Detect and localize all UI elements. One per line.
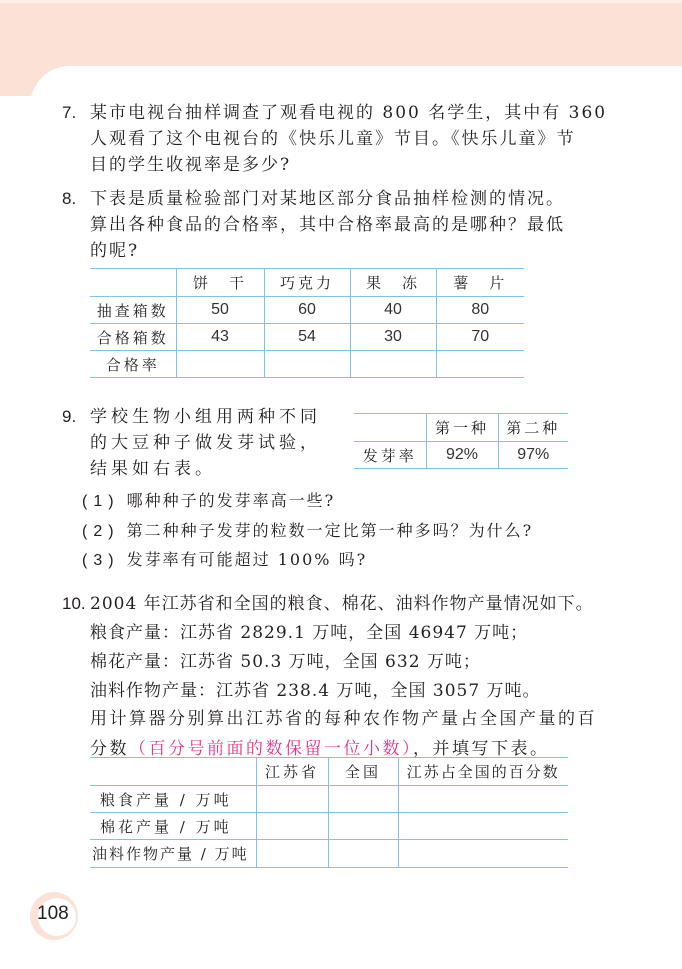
- subquestion-marker: (2): [82, 523, 120, 540]
- table-cell: 30: [350, 324, 436, 351]
- row-label: 合格率: [90, 351, 176, 378]
- food-inspection-table: 饼 干 巧克力 果 冻 薯 片 抽查箱数 50 60 40 80 合格箱数 43…: [90, 268, 524, 378]
- row-label: 油料作物产量 / 万吨: [90, 840, 256, 868]
- answer-cell[interactable]: [398, 813, 568, 840]
- subquestion-text: 发芽率有可能超过 100% 吗?: [127, 550, 368, 569]
- question-number: 8.: [62, 186, 76, 212]
- row-label: 粮食产量 / 万吨: [90, 786, 256, 813]
- germination-table: 第一种 第二种 发芽率 92% 97%: [354, 413, 568, 469]
- data-line: 油料作物产量：江苏省 238.4 万吨，全国 3057 万吨。: [90, 678, 594, 704]
- instruction-suffix: ，并填写下表。: [413, 739, 550, 759]
- answer-cell[interactable]: [256, 840, 328, 868]
- question-number: 7.: [62, 100, 76, 126]
- table-header-cell: 全国: [328, 758, 398, 786]
- table-header-row: 第一种 第二种: [354, 414, 568, 442]
- table-cell: 60: [264, 297, 350, 324]
- question-text-line: 某市电视台抽样调查了观看电视的 800 名学生，其中有 360: [90, 100, 607, 126]
- instruction-prefix: 分数: [90, 739, 129, 759]
- question-text-line: 目的学生收视率是多少?: [90, 152, 607, 178]
- table-cell: 70: [436, 324, 524, 351]
- answer-cell[interactable]: [256, 786, 328, 813]
- table-header-cell: 第一种: [426, 414, 498, 442]
- answer-cell[interactable]: [398, 786, 568, 813]
- table-header-cell: 江苏占全国的百分数: [398, 758, 568, 786]
- table-header-cell: [90, 758, 256, 786]
- question-10-instruction: 用计算器分别算出江苏省的每种农作物产量占全国产量的百 分数（百分号前面的数保留一…: [90, 706, 597, 762]
- table-header-cell: 薯 片: [436, 269, 524, 297]
- question-text-line: 结果如右表。: [90, 456, 321, 482]
- header-strip: [0, 0, 682, 3]
- table-cell: 80: [436, 297, 524, 324]
- subquestion-marker: (3): [82, 552, 120, 569]
- instruction-line: 用计算器分别算出江苏省的每种农作物产量占全国产量的百: [90, 706, 597, 732]
- table-row: 合格箱数 43 54 30 70: [90, 324, 524, 351]
- subquestion-3: (3) 发芽率有可能超过 100% 吗?: [82, 547, 367, 574]
- answer-cell[interactable]: [176, 351, 264, 378]
- table-cell: 40: [350, 297, 436, 324]
- subquestion-text: 哪种种子的发芽率高一些?: [127, 491, 336, 510]
- answer-cell[interactable]: [436, 351, 524, 378]
- question-intro: 2004 年江苏省和全国的粮食、棉花、油料作物产量情况如下。: [90, 591, 594, 617]
- answer-cell[interactable]: [328, 840, 398, 868]
- table-cell: 97%: [498, 442, 568, 469]
- subquestion-1: (1) 哪种种子的发芽率高一些?: [82, 488, 335, 515]
- question-text-line: 的呢?: [90, 238, 565, 264]
- table-header-cell: 巧克力: [264, 269, 350, 297]
- table-row: 粮食产量 / 万吨: [90, 786, 568, 813]
- answer-cell[interactable]: [256, 813, 328, 840]
- answer-cell[interactable]: [398, 840, 568, 868]
- answer-cell[interactable]: [350, 351, 436, 378]
- question-number: 9.: [62, 404, 76, 430]
- table-cell: 43: [176, 324, 264, 351]
- table-row: 发芽率 92% 97%: [354, 442, 568, 469]
- question-10: 10. 2004 年江苏省和全国的粮食、棉花、油料作物产量情况如下。 粮食产量：…: [62, 591, 594, 704]
- question-text-line: 算出各种食品的合格率，其中合格率最高的是哪种？最低: [90, 212, 565, 238]
- row-label: 合格箱数: [90, 324, 176, 351]
- header-band: [0, 0, 682, 96]
- subquestion-marker: (1): [82, 493, 120, 510]
- table-cell: 50: [176, 297, 264, 324]
- table-header-row: 饼 干 巧克力 果 冻 薯 片: [90, 269, 524, 297]
- question-text-line: 学校生物小组用两种不同: [90, 404, 321, 430]
- subquestion-text: 第二种种子发芽的粒数一定比第一种多吗？为什么?: [127, 521, 534, 540]
- table-row: 油料作物产量 / 万吨: [90, 840, 568, 868]
- answer-cell[interactable]: [328, 813, 398, 840]
- answer-cell[interactable]: [328, 786, 398, 813]
- table-cell: 92%: [426, 442, 498, 469]
- instruction-highlight: （百分号前面的数保留一位小数）: [129, 739, 413, 759]
- table-header-cell: 饼 干: [176, 269, 264, 297]
- question-text-line: 人观看了这个电视台的《快乐儿童》节目。《快乐儿童》节: [90, 126, 607, 152]
- crop-production-table: 江苏省 全国 江苏占全国的百分数 粮食产量 / 万吨 棉花产量 / 万吨 油料作…: [90, 757, 568, 868]
- question-number: 10.: [62, 591, 86, 617]
- table-header-cell: [90, 269, 176, 297]
- question-9: 9. 学校生物小组用两种不同 的大豆种子做发芽试验， 结果如右表。: [62, 404, 321, 482]
- table-header-row: 江苏省 全国 江苏占全国的百分数: [90, 758, 568, 786]
- table-row: 棉花产量 / 万吨: [90, 813, 568, 840]
- table-row: 抽查箱数 50 60 40 80: [90, 297, 524, 324]
- answer-cell[interactable]: [264, 351, 350, 378]
- table-header-cell: 第二种: [498, 414, 568, 442]
- question-7: 7. 某市电视台抽样调查了观看电视的 800 名学生，其中有 360 人观看了这…: [62, 100, 607, 178]
- question-8: 8. 下表是质量检验部门对某地区部分食品抽样检测的情况。 算出各种食品的合格率，…: [62, 186, 565, 264]
- row-label: 发芽率: [354, 442, 426, 469]
- table-header-cell: 果 冻: [350, 269, 436, 297]
- data-line: 粮食产量：江苏省 2829.1 万吨，全国 46947 万吨；: [90, 620, 594, 646]
- row-label: 棉花产量 / 万吨: [90, 813, 256, 840]
- question-text-line: 的大豆种子做发芽试验，: [90, 430, 321, 456]
- page-number: 108: [37, 903, 69, 925]
- table-header-cell: 江苏省: [256, 758, 328, 786]
- table-row: 合格率: [90, 351, 524, 378]
- question-text-line: 下表是质量检验部门对某地区部分食品抽样检测的情况。: [90, 186, 565, 212]
- table-header-cell: [354, 414, 426, 442]
- subquestion-2: (2) 第二种种子发芽的粒数一定比第一种多吗？为什么?: [82, 518, 533, 545]
- row-label: 抽查箱数: [90, 297, 176, 324]
- table-cell: 54: [264, 324, 350, 351]
- data-line: 棉花产量：江苏省 50.3 万吨，全国 632 万吨；: [90, 649, 594, 675]
